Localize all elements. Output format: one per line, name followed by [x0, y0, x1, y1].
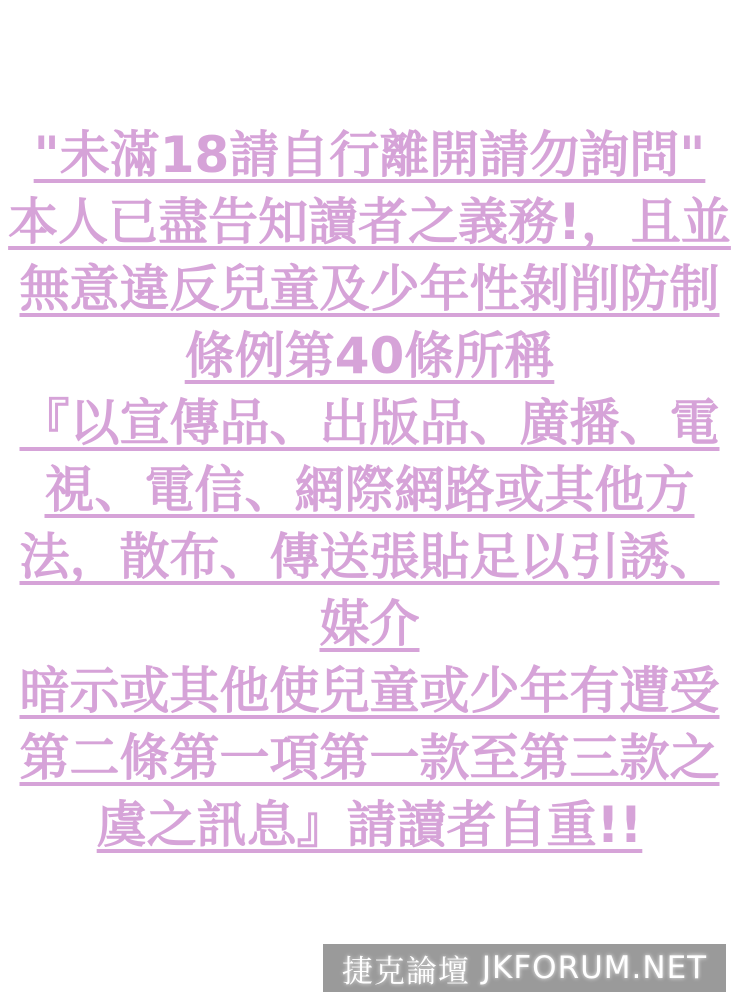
- disclaimer-line: 媒介: [0, 591, 739, 658]
- disclaimer-line: 視、電信、網際網路或其他方: [0, 457, 739, 524]
- disclaimer-line: 無意違反兒童及少年性剝削防制: [0, 256, 739, 323]
- watermark-site-name: 捷克論壇: [342, 946, 470, 991]
- watermark-bar: 捷克論壇 JKFORUM.NET: [323, 944, 726, 992]
- disclaimer-text-block: "未滿18請自行離開請勿詢問" 本人已盡告知讀者之義務!，且並 無意違反兒童及少…: [0, 122, 739, 859]
- disclaimer-line: 暗示或其他使兒童或少年有遭受: [0, 658, 739, 725]
- disclaimer-line: 虞之訊息』請讀者自重!!: [0, 792, 739, 859]
- disclaimer-line: 法，散布、傳送張貼足以引誘、: [0, 524, 739, 591]
- disclaimer-line: 『以宣傳品、出版品、廣播、電: [0, 390, 739, 457]
- disclaimer-line: 條例第40條所稱: [0, 323, 739, 390]
- watermark-site-domain: JKFORUM.NET: [482, 950, 707, 986]
- disclaimer-line: "未滿18請自行離開請勿詢問": [0, 122, 739, 189]
- disclaimer-line: 本人已盡告知讀者之義務!，且並: [0, 189, 739, 256]
- disclaimer-line: 第二條第一項第一款至第三款之: [0, 725, 739, 792]
